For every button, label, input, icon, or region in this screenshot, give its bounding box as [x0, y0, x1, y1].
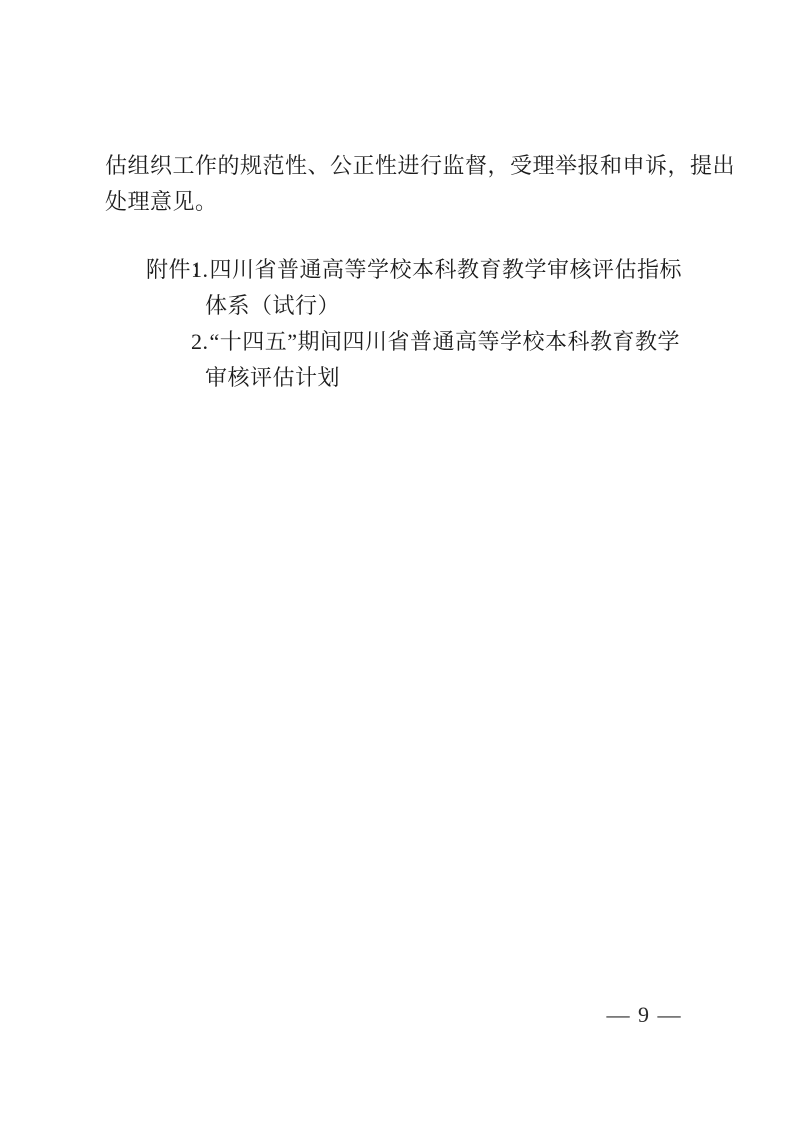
attachment-1-number: 1. — [191, 257, 210, 282]
attachment-2-line-1: 2.“十四五”期间四川省普通高等学校本科教育教学 — [191, 324, 682, 360]
page-number-dash-right: — — [657, 1002, 680, 1028]
attachment-1-title-line-1: 四川省普通高等学校本科教育教学审核评估指标 — [210, 257, 683, 282]
attachments-items: 1.四川省普通高等学校本科教育教学审核评估指标 体系（试行） 2.“十四五”期间… — [191, 252, 682, 396]
attachment-2-number: 2. — [191, 329, 210, 354]
attachment-item-1: 1.四川省普通高等学校本科教育教学审核评估指标 体系（试行） — [191, 252, 682, 324]
body-line-1: 估组织工作的规范性、公正性进行监督，受理举报和申诉，提出 — [105, 148, 705, 184]
page-number: — 9 — — [607, 1002, 680, 1028]
page-number-dash-left: — — [606, 1002, 629, 1028]
attachment-2-title-line-1: “十四五”期间四川省普通高等学校本科教育教学 — [210, 329, 681, 354]
attachment-1-line-1: 1.四川省普通高等学校本科教育教学审核评估指标 — [191, 252, 682, 288]
attachment-item-2: 2.“十四五”期间四川省普通高等学校本科教育教学 审核评估计划 — [191, 324, 682, 396]
body-paragraph: 估组织工作的规范性、公正性进行监督，受理举报和申诉，提出 处理意见。 — [105, 148, 705, 220]
document-page: 估组织工作的规范性、公正性进行监督，受理举报和申诉，提出 处理意见。 附件： 1… — [0, 0, 793, 1122]
body-line-2: 处理意见。 — [105, 184, 705, 220]
attachment-1-title-line-2: 体系（试行） — [191, 288, 682, 324]
attachment-2-title-line-2: 审核评估计划 — [191, 360, 682, 396]
page-number-value: 9 — [638, 1002, 649, 1028]
